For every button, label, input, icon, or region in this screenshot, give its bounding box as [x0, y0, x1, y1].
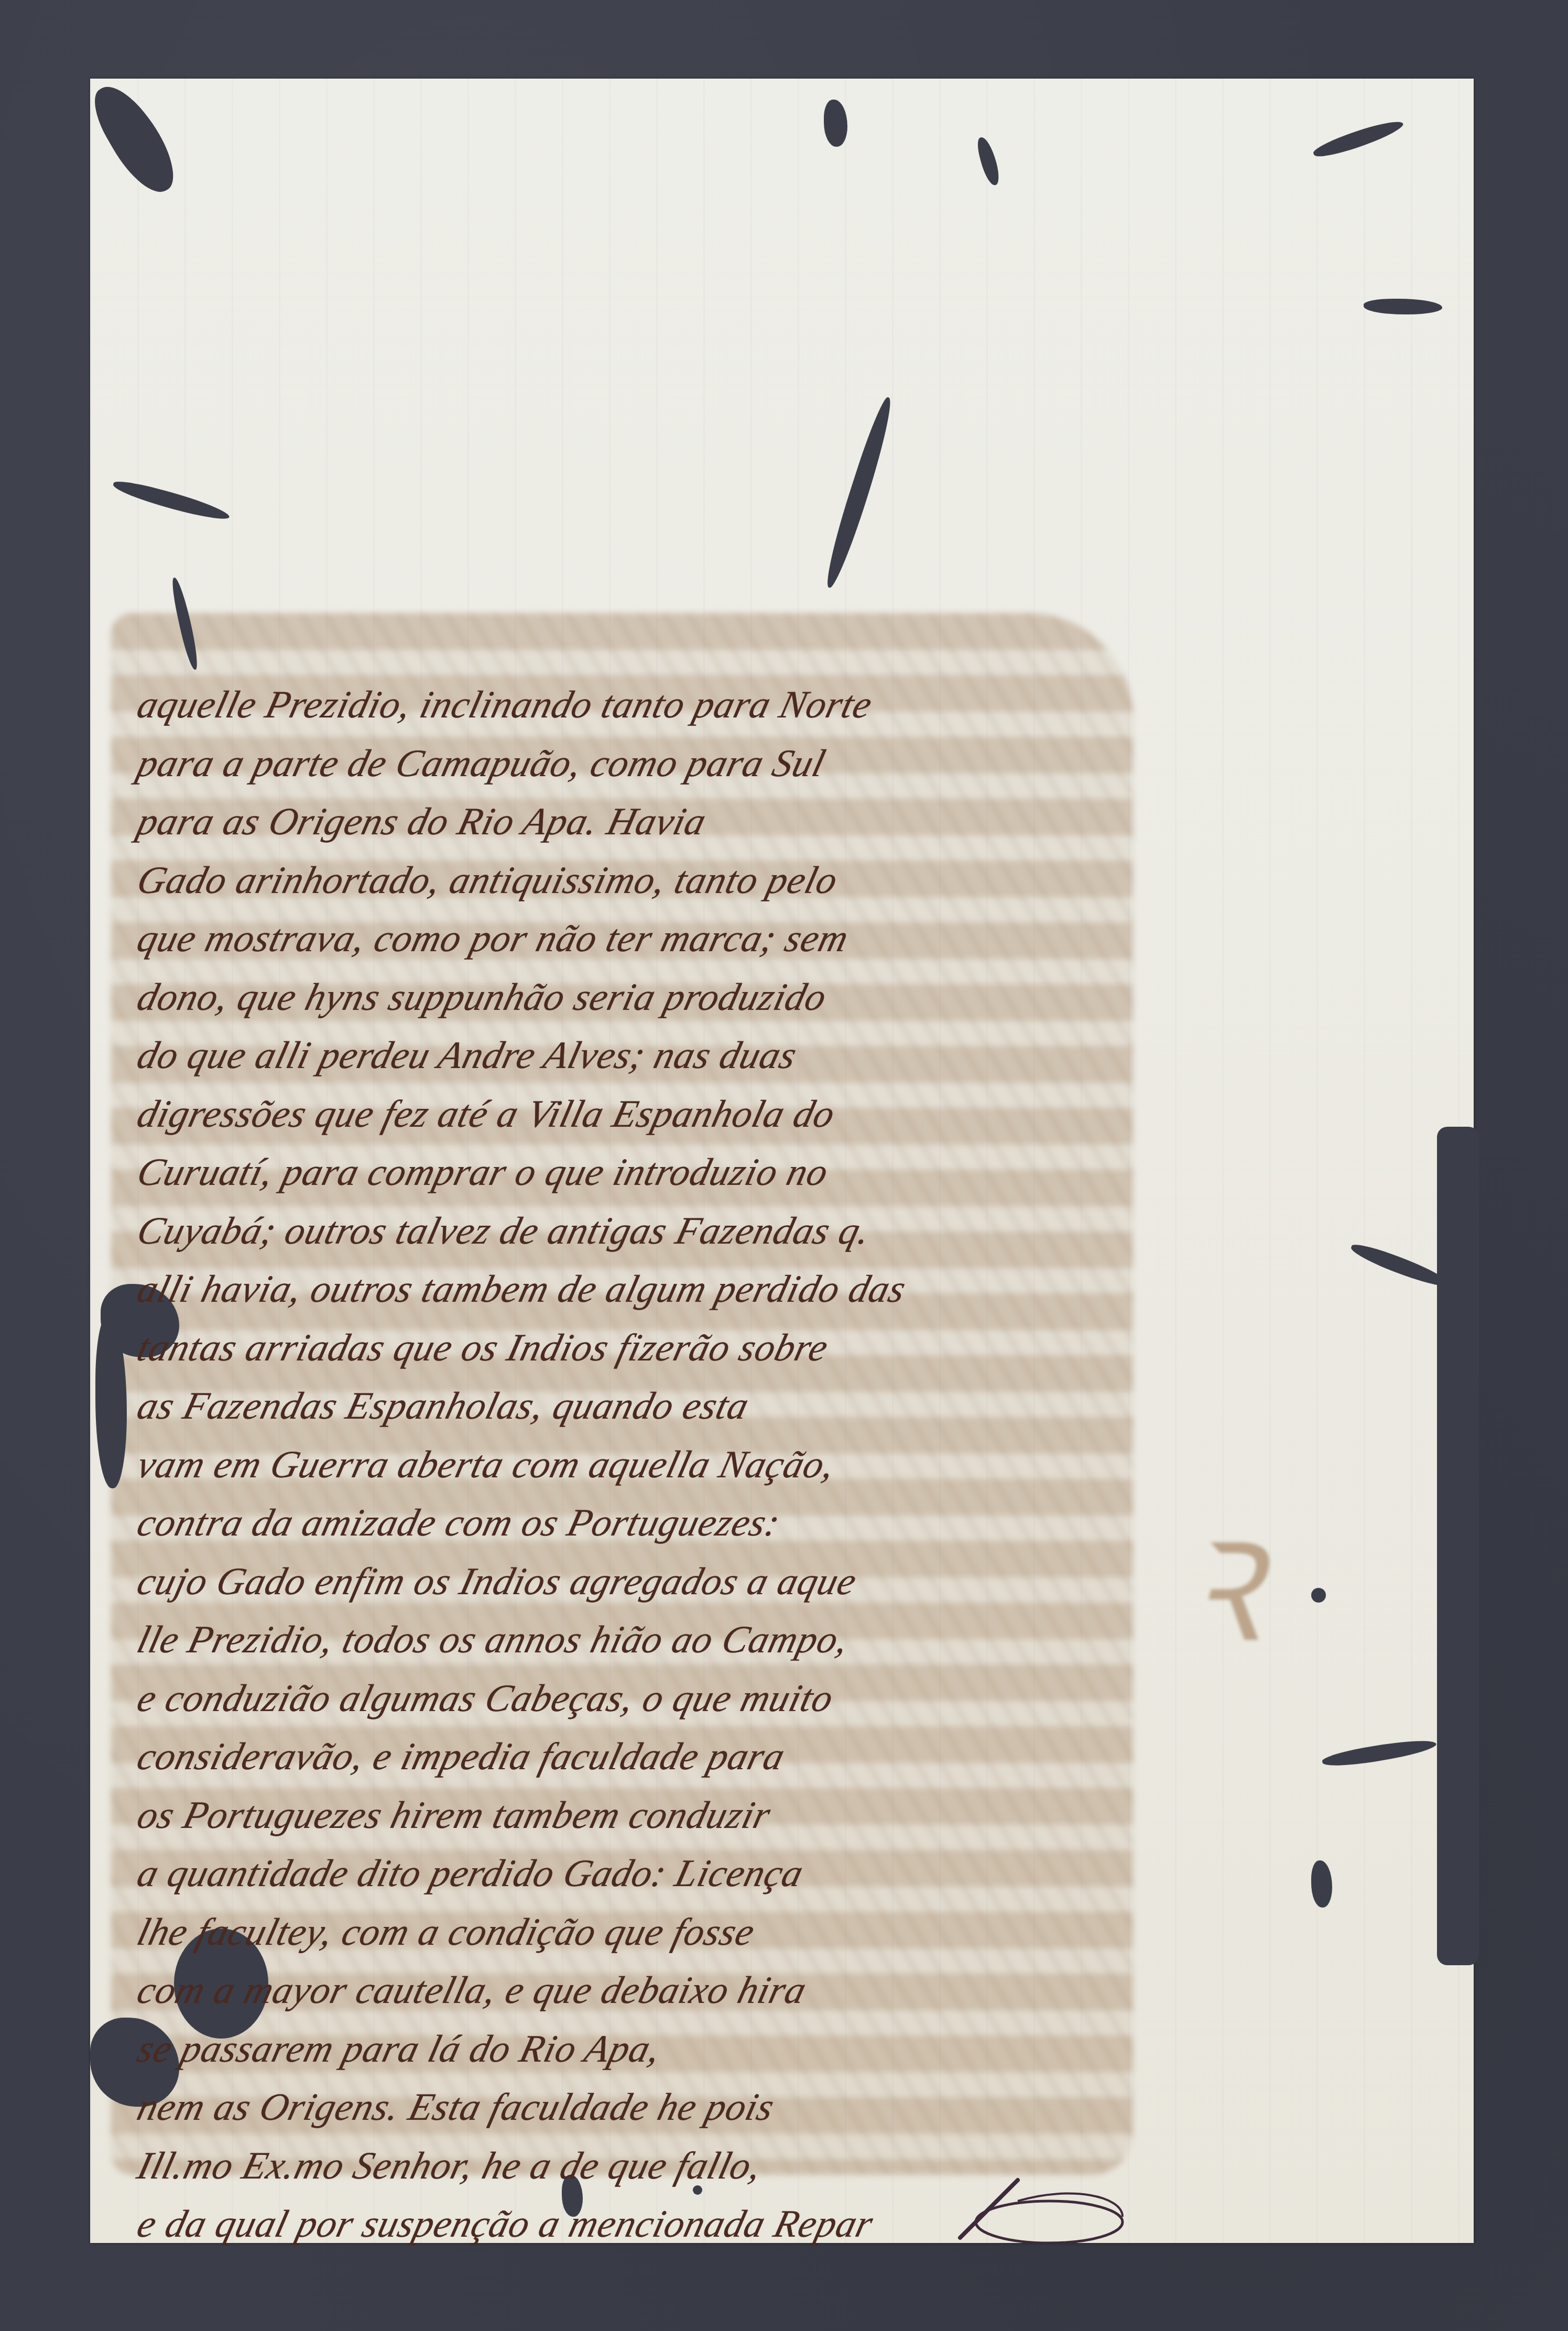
paper-hole: [1364, 299, 1442, 314]
paper-hole: [1311, 115, 1405, 162]
text-line: e conduzião algumas Cabeças, o que muito: [131, 1670, 1141, 1728]
text-line: se passarem para lá do Rio Apa,: [131, 2020, 1141, 2079]
text-line: Curuatí, para comprar o que introduzio n…: [131, 1143, 1141, 1202]
paper-hole: [1321, 1735, 1438, 1771]
text-line: as Fazendas Espanholas, quando esta: [131, 1377, 1141, 1436]
text-line: consideravão, e impedia faculdade para: [131, 1728, 1141, 1787]
text-line: a quantidade dito perdido Gado: Licença: [131, 1845, 1141, 1903]
paper-hole: [1311, 1588, 1326, 1603]
text-line: tantas arriadas que os Indios fizerão so…: [131, 1319, 1141, 1378]
text-line: contra da amizade com os Portuguezes:: [131, 1494, 1141, 1553]
text-line: nem as Origens. Esta faculdade he pois: [131, 2078, 1141, 2137]
text-line: do que alli perdeu Andre Alves; nas duas: [131, 1027, 1141, 1085]
text-line: dono, que hyns suppunhão seria produzido: [131, 968, 1141, 1027]
text-line: alli havia, outros tambem de algum perdi…: [131, 1260, 1141, 1319]
text-line: digressões que fez até a Villa Espanhola…: [131, 1085, 1141, 1144]
manuscript-page: Ꝛ aquelle Prezidio, inclinando tanto par…: [90, 79, 1474, 2243]
paper-hole: [1437, 1127, 1479, 1965]
paper-hole: [824, 100, 847, 147]
closing-oval-flourish: [955, 2175, 1128, 2248]
text-line: Gado arinhortado, antiquissimo, tanto pe…: [131, 852, 1141, 910]
text-line: vam em Guerra aberta com aquella Nação,: [131, 1436, 1141, 1495]
text-line: para a parte de Camapuão, como para Sul: [131, 735, 1141, 793]
paper-hole: [975, 135, 1002, 187]
text-line: para as Origens do Rio Apa. Havia: [131, 793, 1141, 852]
handwritten-text-block: aquelle Prezidio, inclinando tanto para …: [131, 676, 1127, 2254]
text-line: lhe facultey, com a condição que fosse: [131, 1903, 1141, 1962]
text-line: Cuyabá; outros talvez de antigas Fazenda…: [131, 1202, 1141, 1261]
paper-hole: [1311, 1860, 1332, 1908]
paper-hole: [84, 75, 186, 203]
paper-hole: [820, 395, 899, 590]
text-line: os Portuguezes hirem tambem conduzir: [131, 1787, 1141, 1845]
text-line: aquelle Prezidio, inclinando tanto para …: [131, 676, 1141, 735]
text-line: cujo Gado enfim os Indios agregados a aq…: [131, 1553, 1141, 1611]
text-line: que mostrava, como por não ter marca; se…: [131, 910, 1141, 968]
bleed-through-flourish: Ꝛ: [1180, 1525, 1400, 1661]
text-line: com a mayor cautella, e que debaixo hira: [131, 1962, 1141, 2020]
text-line: lle Prezidio, todos os annos hião ao Cam…: [131, 1611, 1141, 1670]
oval-flourish-icon: [955, 2175, 1128, 2248]
paper-hole: [111, 477, 232, 524]
